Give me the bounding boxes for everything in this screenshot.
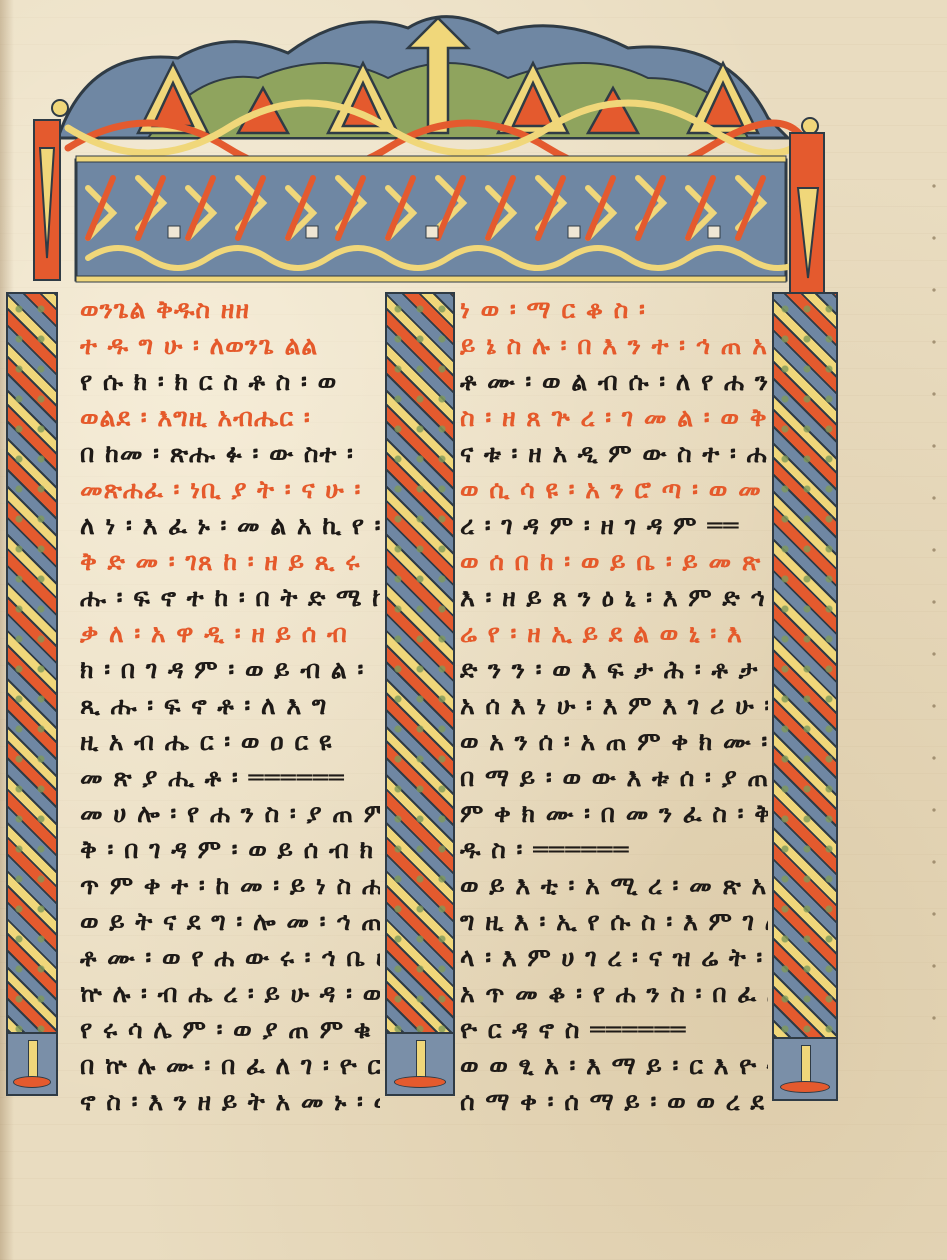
text-line: ዚ አ ብ ሔ ር ፡ ወ ዐ ር ዩ xyxy=(80,724,380,760)
rubric-line: ስ ፡ ዘ ጸ ጕ ረ ፡ ገ መ ል ፡ ወ ቅ xyxy=(460,400,768,436)
rubric-line: ወልደ ፡ እግዚ አብሔር ፡ xyxy=(80,400,380,436)
right-braid-cross-foot-icon xyxy=(772,1037,838,1101)
text-line: ሑ ፡ ፍ ኖ ተ ከ ፡ በ ት ድ ሜ ከ xyxy=(80,580,380,616)
rubric-line: ነ ወ ፡ ማ ር ቆ ስ ፡ xyxy=(460,292,768,328)
text-line: መ ሀ ሎ ፡ የ ሐ ን ስ ፡ ያ ጠ ም xyxy=(80,796,380,832)
left-braid-cross-foot-icon xyxy=(6,1032,58,1096)
center-braid-divider xyxy=(385,292,455,1096)
text-line: ረ ፡ ገ ዳ ም ፡ ዘ ገ ዳ ም ══ xyxy=(460,508,768,544)
text-line: ግ ዚ እ ፡ ኢ የ ሱ ስ ፡ እ ም ገ ሊ xyxy=(460,904,768,940)
text-line: ወ ይ እ ቲ ፡ አ ሚ ረ ፡ መ ጽ አ ፡ እ xyxy=(460,868,768,904)
text-line: አ ጥ መ ቆ ፡ የ ሐ ን ስ ፡ በ ፈ ለ ገ xyxy=(460,976,768,1012)
binding-stitch-holes xyxy=(931,160,937,1060)
rubric-line: ተ ዱ ግ ሁ ፡ ለወንጌ ልል xyxy=(80,328,380,364)
rubric-line: ይ ኔ ስ ሉ ፡ በ እ ን ተ ፡ ኅ ጠ አ xyxy=(460,328,768,364)
rubric-line: ቃ ለ ፡ አ ዋ ዲ ፡ ዘ ይ ሰ ብ xyxy=(80,616,380,652)
text-line: ወ ይ ት ና ደ ግ ፡ ሎ መ ፡ ኅ ጠ አ xyxy=(80,904,380,940)
text-line: ወ አ ን ሰ ፡ አ ጠ ም ቀ ክ ሙ ፡ xyxy=(460,724,768,760)
text-line: እ ፡ ዘ ይ ጸ ን ዕ ኒ ፡ እ ም ድ ኅ xyxy=(460,580,768,616)
text-column-left: ወንጌል ቅዱስ ዘዘተ ዱ ግ ሁ ፡ ለወንጌ ልልየ ሱ ክ ፡ ክ ር … xyxy=(80,292,380,1120)
text-line: ወ ወ ፂ አ ፡ እ ማ ይ ፡ ር እ ዮ ተ xyxy=(460,1048,768,1084)
text-line: ላ ፡ እ ም ሀ ገ ረ ፡ ና ዝ ሬ ት ፡ ወ xyxy=(460,940,768,976)
right-braid-border xyxy=(772,292,838,1101)
text-line: ቅ ፡ በ ገ ዳ ም ፡ ወ ይ ሰ ብ ክ xyxy=(80,832,380,868)
rubric-line: መጽሐፈ ፡ ነቢ ያ ት ፡ ና ሁ ፡ xyxy=(80,472,380,508)
text-line: ኵ ሉ ፡ ብ ሔ ረ ፡ ይ ሁ ዳ ፡ ወ ኢ xyxy=(80,976,380,1012)
text-line: በ ማ ይ ፡ ወ ው እ ቱ ሰ ፡ ያ ጠ xyxy=(460,760,768,796)
text-line: ኖ ስ ፡ እ ን ዘ ይ ት አ መ ኑ ፡ ወ xyxy=(80,1084,380,1120)
text-column-right: ነ ወ ፡ ማ ር ቆ ስ ፡ይ ኔ ስ ሉ ፡ በ እ ን ተ ፡ ኅ ጠ አ… xyxy=(460,292,768,1120)
rubric-line: ሬ የ ፡ ዘ ኢ ይ ደ ል ወ ኒ ፡ እ xyxy=(460,616,768,652)
text-line: ም ቀ ክ ሙ ፡ በ መ ን ፈ ስ ፡ ቅ xyxy=(460,796,768,832)
left-braid-border xyxy=(6,292,58,1096)
text-line: ለ ነ ፡ እ ፈ ኑ ፡ መ ል አ ኪ የ ፡ xyxy=(80,508,380,544)
text-line: አ ሰ እ ነ ሁ ፡ እ ም እ ገ ሪ ሁ ፡ xyxy=(460,688,768,724)
text-line: መ ጽ ያ ሒ ቶ ፡ ══════ xyxy=(80,760,380,796)
center-braid-cross-foot-icon xyxy=(385,1032,455,1096)
text-line: ጥ ም ቀ ተ ፡ ከ መ ፡ ይ ነ ስ ሐ xyxy=(80,868,380,904)
text-line: የ ሱ ክ ፡ ክ ር ስ ቶ ስ ፡ ወ xyxy=(80,364,380,400)
text-line: በ ኵ ሉ ሙ ፡ በ ፈ ለ ገ ፡ ዮ ር ዳ xyxy=(80,1048,380,1084)
text-line: ቶ ሙ ፡ ወ የ ሐ ው ሩ ፡ ኅ ቤ ሁ ፡ xyxy=(80,940,380,976)
text-line: ድ ን ን ፡ ወ እ ፍ ታ ሕ ፡ ቶ ታ ነ ፡ xyxy=(460,652,768,688)
text-line: በ ከመ ፡ ጽሑ ፉ ፡ ው ስተ ፡ xyxy=(80,436,380,472)
text-line: ክ ፡ በ ገ ዳ ም ፡ ወ ይ ብ ል ፡ xyxy=(80,652,380,688)
rubric-line: ወ ሲ ሳ ዩ ፡ አ ን ሮ ጣ ፡ ወ መ ዓ xyxy=(460,472,768,508)
text-line: የ ሩ ሳ ሌ ም ፡ ወ ያ ጠ ም ቁ ሙ ፡ xyxy=(80,1012,380,1048)
decorative-headpiece xyxy=(28,8,836,293)
rubric-line: ቅ ድ መ ፡ ገጸ ከ ፡ ዘ ይ ጺ ሩ xyxy=(80,544,380,580)
interlace-ornament-icon xyxy=(28,8,836,293)
text-line: ቶ ሙ ፡ ወ ል ብ ሱ ፡ ለ የ ሐ ን xyxy=(460,364,768,400)
rubric-line: ወንጌል ቅዱስ ዘዘ xyxy=(80,292,380,328)
text-line: ጺ ሑ ፡ ፍ ኖ ቶ ፡ ለ እ ግ xyxy=(80,688,380,724)
text-line: ዮ ር ዳ ኖ ስ ══════ xyxy=(460,1012,768,1048)
text-line: ሰ ማ ቀ ፡ ሰ ማ ይ ፡ ወ ወ ረ ደ ፡ xyxy=(460,1084,768,1120)
text-line: ዱ ስ ፡ ══════ xyxy=(460,832,768,868)
text-line: ና ቱ ፡ ዘ አ ዲ ም ው ስ ተ ፡ ሐ ቌ ሁ ፡ xyxy=(460,436,768,472)
rubric-line: ወ ሰ በ ከ ፡ ወ ይ ቤ ፡ ይ መ ጽ xyxy=(460,544,768,580)
